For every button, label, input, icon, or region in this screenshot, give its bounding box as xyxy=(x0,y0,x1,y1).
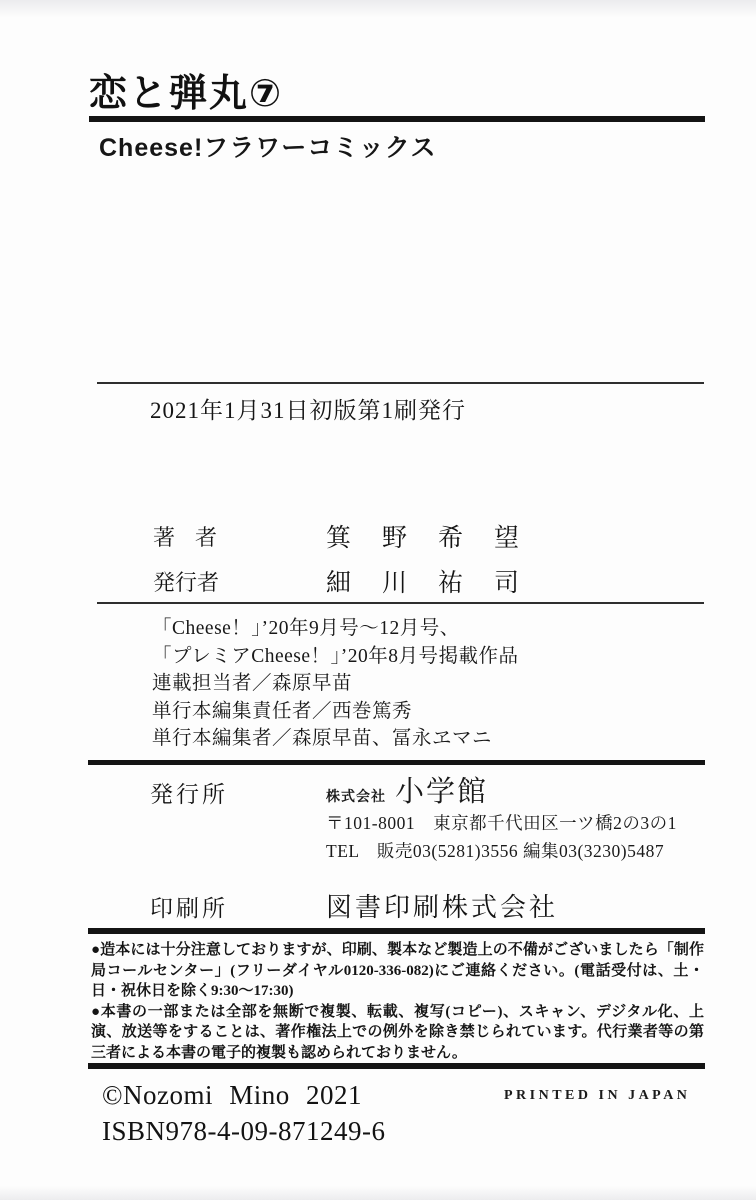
defect-notice-paragraph: ●造本には十分注意しておりますが、印刷、製本など製造上の不備がございましたら「制… xyxy=(91,940,704,1002)
author-credit-row: 著 者 箕 野 希 望 xyxy=(0,518,756,552)
scan-edge-bottom xyxy=(0,1186,756,1200)
publisher-name-char: 川 xyxy=(382,563,407,599)
author-name-char: 野 xyxy=(382,518,407,554)
serialization-line: 「プレミアCheese！」’20年8月号掲載作品 xyxy=(152,643,519,671)
edition-date-line: 2021年1月31日初版第1刷発行 xyxy=(150,392,466,425)
serialization-line: 連載担当者／森原早苗 xyxy=(152,670,519,698)
author-name-char: 箕 xyxy=(326,518,351,554)
author-name-char: 望 xyxy=(494,518,519,554)
serialization-block: 「Cheese！」’20年9月号～12月号、 「プレミアCheese！」’20年… xyxy=(152,615,519,753)
divider-above-edition xyxy=(97,382,704,384)
publisher-label-char: 者 xyxy=(197,566,219,597)
isbn-line: ISBN978-4-09-871249-6 xyxy=(102,1116,385,1147)
printer-label: 印刷所 xyxy=(150,890,228,923)
postal-address: 〒101-8001 東京都千代田区一ツ橋2の3の1 xyxy=(326,810,677,835)
colophon-page: 恋と弾丸⑦ Cheese!フラワーコミックス 2021年1月31日初版第1刷発行… xyxy=(0,0,756,1200)
author-label: 著 者 xyxy=(153,521,217,552)
scan-edge-top xyxy=(0,0,756,18)
serialization-line: 「Cheese！」’20年9月号～12月号、 xyxy=(152,615,519,643)
publisher-name-char: 細 xyxy=(326,563,351,599)
copyright-line: ©Nozomi Mino 2021 xyxy=(102,1080,362,1111)
publisher-name-char: 祐 xyxy=(438,563,463,599)
imprint-label: Cheese!フラワーコミックス xyxy=(99,128,437,164)
company-name: 小学館 xyxy=(395,769,488,810)
copyright-notice-paragraph: ●本書の一部または全部を無断で複製、転載、複写(コピー)、スキャン、デジタル化、… xyxy=(91,1002,704,1064)
legal-notice-block: ●造本には十分注意しておりますが、印刷、製本など製造上の不備がございましたら「制… xyxy=(91,940,704,1063)
publisher-label-char: 発 xyxy=(153,566,175,597)
publishing-company-line: 株式会社 小学館 xyxy=(326,769,488,810)
printed-in-japan-label: PRINTED IN JAPAN xyxy=(504,1088,690,1104)
publisher-label: 発 行 者 xyxy=(153,566,217,597)
divider-above-publishing xyxy=(88,760,705,765)
printer-name: 図書印刷株式会社 xyxy=(326,887,558,924)
title-underline-rule xyxy=(89,116,705,122)
publisher-name-char: 司 xyxy=(494,563,519,599)
publishing-house-label: 発行所 xyxy=(150,776,228,809)
notice-box-bottom-rule xyxy=(88,1063,705,1069)
notice-box-top-rule xyxy=(88,928,705,934)
serialization-line: 単行本編集責任者／西巻篤秀 xyxy=(152,698,519,726)
publisher-name: 細 川 祐 司 xyxy=(326,563,519,599)
divider-below-credits xyxy=(97,602,704,604)
company-prefix: 株式会社 xyxy=(326,786,386,806)
book-title: 恋と弾丸⑦ xyxy=(89,62,283,117)
author-name-char: 希 xyxy=(438,518,463,554)
publisher-credit-row: 発 行 者 細 川 祐 司 xyxy=(0,563,756,597)
telephone-line: TEL 販売03(5281)3556 編集03(3230)5487 xyxy=(326,838,664,863)
author-label-char: 著 xyxy=(153,521,175,552)
author-name: 箕 野 希 望 xyxy=(326,518,519,554)
serialization-line: 単行本編集者／森原早苗、冨永ヱマニ xyxy=(152,725,519,753)
publisher-label-char: 行 xyxy=(175,566,197,597)
author-label-char: 者 xyxy=(195,521,217,552)
